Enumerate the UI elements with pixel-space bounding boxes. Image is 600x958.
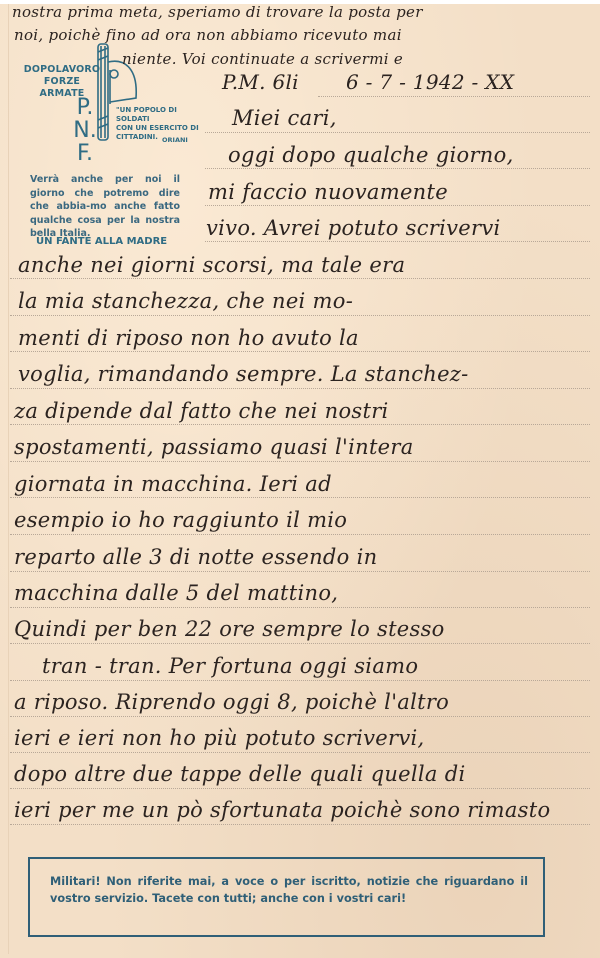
body-line: vivo. Avrei potuto scrivervi (206, 216, 501, 240)
body-line: menti di riposo non ho avuto la (18, 326, 359, 350)
body-line: Quindi per ben 22 ore sempre lo stesso (14, 617, 445, 641)
org-line-1: DOPOLAVORO (22, 64, 102, 76)
body-line: a riposo. Riprendo oggi 8, poichè l'altr… (14, 690, 449, 714)
letter-date: 6 - 7 - 1942 - XX (346, 70, 514, 94)
letterhead-motto: Verrà anche per noi il giorno che potrem… (30, 173, 180, 241)
body-line: dopo altre due tappe delle quali quella … (14, 762, 465, 786)
military-warning-box: Militari! Non riferite mai, a voce o per… (28, 857, 545, 937)
quote-line-1: "UN POPOLO DI SOLDATI (116, 106, 206, 124)
body-line: reparto alle 3 di notte essendo in (14, 545, 377, 569)
body-line: spostamenti, passiamo quasi l'intera (14, 435, 414, 459)
top-note-line-2: noi, poichè fino ad ora non abbiamo rice… (14, 26, 402, 44)
letterhead-quote: "UN POPOLO DI SOLDATI CON UN ESERCITO DI… (116, 106, 206, 142)
body-line: la mia stanchezza, che nei mo- (18, 289, 353, 313)
military-warning-text: Militari! Non riferite mai, a voce o per… (50, 873, 528, 907)
salutation: Miei cari, (232, 106, 337, 130)
body-line: anche nei giorni scorsi, ma tale era (18, 253, 405, 277)
military-post-suffix: li (285, 70, 298, 94)
body-line: voglia, rimandando sempre. La stanchez- (18, 362, 469, 386)
military-post-office: P.M. 6li (222, 70, 299, 94)
quote-line-3: CITTADINI. (116, 133, 206, 142)
body-line: esempio io ho raggiunto il mio (14, 508, 347, 532)
body-line: ieri e ieri non ho più potuto scrivervi, (14, 726, 425, 750)
quote-line-2: CON UN ESERCITO DI (116, 124, 206, 133)
top-note-line-1: nostra prima meta, speriamo di trovare l… (12, 3, 423, 21)
body-line: za dipende dal fatto che nei nostri (14, 399, 389, 423)
body-line: oggi dopo qualche giorno, (228, 143, 514, 167)
body-line: mi faccio nuovamente (208, 180, 448, 204)
military-post-number: P.M. 6 (222, 70, 285, 94)
top-note-line-3: niente. Voi continuate a scrivermi e (122, 50, 403, 68)
party-letter-f: F. (70, 142, 100, 165)
body-line: giornata in macchina. Ieri ad (14, 472, 332, 496)
quote-author: ORIANI (162, 136, 188, 144)
body-line: ieri per me un pò sfortunata poichè sono… (14, 798, 550, 822)
body-line: tran - tran. Per fortuna oggi siamo (42, 654, 418, 678)
body-line: macchina dalle 5 del mattino, (14, 581, 338, 605)
motto-signature: UN FANTE ALLA MADRE (36, 236, 167, 247)
